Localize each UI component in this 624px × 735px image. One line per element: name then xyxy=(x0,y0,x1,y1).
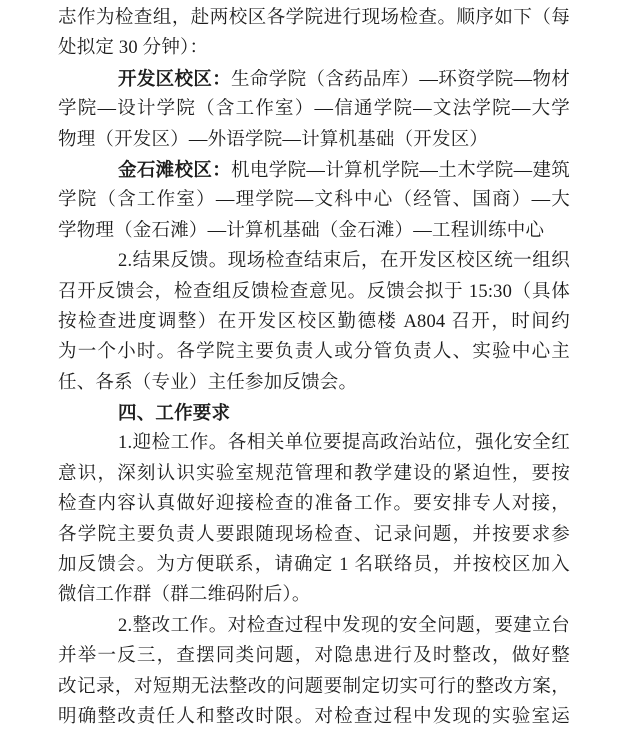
text-segment: 学院—设计学院（含工作室）—信通学院—文法学院—大学 xyxy=(58,99,570,119)
heading-segment: 四、工作要求 xyxy=(118,402,230,423)
document-line: 任、各系（专业）主任参加反馈会。 xyxy=(58,368,570,398)
document-line: 学院—设计学院（含工作室）—信通学院—文法学院—大学 xyxy=(58,94,570,124)
document-line: 学物理（金石滩）—计算机基础（金石滩）—工程训练中心 xyxy=(58,216,570,246)
text-segment: 学物理（金石滩）—计算机基础（金石滩）—工程训练中心 xyxy=(58,221,544,241)
text-segment: 加反馈会。为方便联系，请确定 1 名联络员，并按校区加入 xyxy=(58,555,570,575)
document-line: 2.结果反馈。现场检查结束后，在开发区校区统一组织 xyxy=(58,246,570,276)
document-line: 学院（含工作室）—理学院—文科中心（经管、国商）—大 xyxy=(58,185,570,215)
text-segment: 为一个小时。各学院主要负责人或分管负责人、实验中心主 xyxy=(58,342,570,362)
document-line: 召开反馈会，检查组反馈检查意见。反馈会拟于 15:30（具体 xyxy=(58,277,570,307)
document-line: 微信工作群（群二维码附后）。 xyxy=(58,580,570,610)
text-segment: 并举一反三，查摆同类问题，对隐患进行及时整改，做好整 xyxy=(58,646,570,666)
document-line: 各学院主要负责人要跟随现场检查、记录问题，并按要求参 xyxy=(58,520,570,550)
text-segment: 检查内容认真做好迎接检查的准备工作。要安排专人对接， xyxy=(58,494,570,514)
text-segment: 按检查进度调整）在开发区校区勤德楼 A804 召开，时间约 xyxy=(58,312,570,332)
document-line: 志作为检查组，赴两校区各学院进行现场检查。顺序如下（每 xyxy=(58,3,570,33)
numbered-lead-segment: 2.结果反馈。 xyxy=(118,251,228,271)
document-line: 改记录，对短期无法整改的问题要制定切实可行的整改方案， xyxy=(58,672,570,702)
document-line: 开发区校区：生命学院（含药品库）—环资学院—物材 xyxy=(58,64,570,94)
text-segment: 意识，深刻认识实验室规范管理和教学建设的紧迫性，要按 xyxy=(58,464,570,484)
document-line: 为一个小时。各学院主要负责人或分管负责人、实验中心主 xyxy=(58,337,570,367)
document-line: 金石滩校区：机电学院—计算机学院—土木学院—建筑 xyxy=(58,155,570,185)
text-segment: 现场检查结束后，在开发区校区统一组织 xyxy=(228,251,570,271)
text-segment: 处拟定 30 分钟）： xyxy=(58,38,208,58)
document-line: 明确整改责任人和整改时限。对检查过程中发现的实验室运 xyxy=(58,702,570,732)
numbered-lead-segment: 1.迎检工作。 xyxy=(118,433,228,453)
text-segment: 微信工作群（群二维码附后）。 xyxy=(58,585,311,605)
document-line: 2.整改工作。对检查过程中发现的安全问题，要建立台账， xyxy=(58,611,570,641)
document-line: 意识，深刻认识实验室规范管理和教学建设的紧迫性，要按 xyxy=(58,459,570,489)
text-segment: 任、各系（专业）主任参加反馈会。 xyxy=(58,373,357,393)
document-line: 物理（开发区）—外语学院—计算机基础（开发区） xyxy=(58,125,570,155)
heading-segment: 金石滩校区： xyxy=(118,159,231,180)
document-line: 加反馈会。为方便联系，请确定 1 名联络员，并按校区加入 xyxy=(58,550,570,580)
text-segment: 改记录，对短期无法整改的问题要制定切实可行的整改方案， xyxy=(58,677,570,697)
document-line: 并举一反三，查摆同类问题，对隐患进行及时整改，做好整 xyxy=(58,641,570,671)
numbered-lead-segment: 2.整改工作。 xyxy=(118,616,228,636)
text-segment: 学院（含工作室）—理学院—文科中心（经管、国商）—大 xyxy=(58,190,570,210)
text-segment: 生命学院（含药品库）—环资学院—物材 xyxy=(231,70,570,90)
document-line: 四、工作要求 xyxy=(58,398,570,428)
text-segment: 物理（开发区）—外语学院—计算机基础（开发区） xyxy=(58,130,488,150)
document-line: 处拟定 30 分钟）： xyxy=(58,33,570,63)
document-line: 检查内容认真做好迎接检查的准备工作。要安排专人对接， xyxy=(58,489,570,519)
document-line: 1.迎检工作。各相关单位要提高政治站位，强化安全红线 xyxy=(58,428,570,458)
document-line: 按检查进度调整）在开发区校区勤德楼 A804 召开，时间约 xyxy=(58,307,570,337)
text-segment: 各学院主要负责人要跟随现场检查、记录问题，并按要求参 xyxy=(58,525,570,545)
text-segment: 机电学院—计算机学院—土木学院—建筑 xyxy=(231,161,570,181)
document-page: 志作为检查组，赴两校区各学院进行现场检查。顺序如下（每处拟定 30 分钟）：开发… xyxy=(0,0,624,735)
heading-segment: 开发区校区： xyxy=(118,68,231,89)
text-segment: 明确整改责任人和整改时限。对检查过程中发现的实验室运 xyxy=(58,707,570,727)
text-segment: 召开反馈会，检查组反馈检查意见。反馈会拟于 15:30（具体 xyxy=(58,282,570,302)
text-segment: 志作为检查组，赴两校区各学院进行现场检查。顺序如下（每 xyxy=(58,8,570,28)
